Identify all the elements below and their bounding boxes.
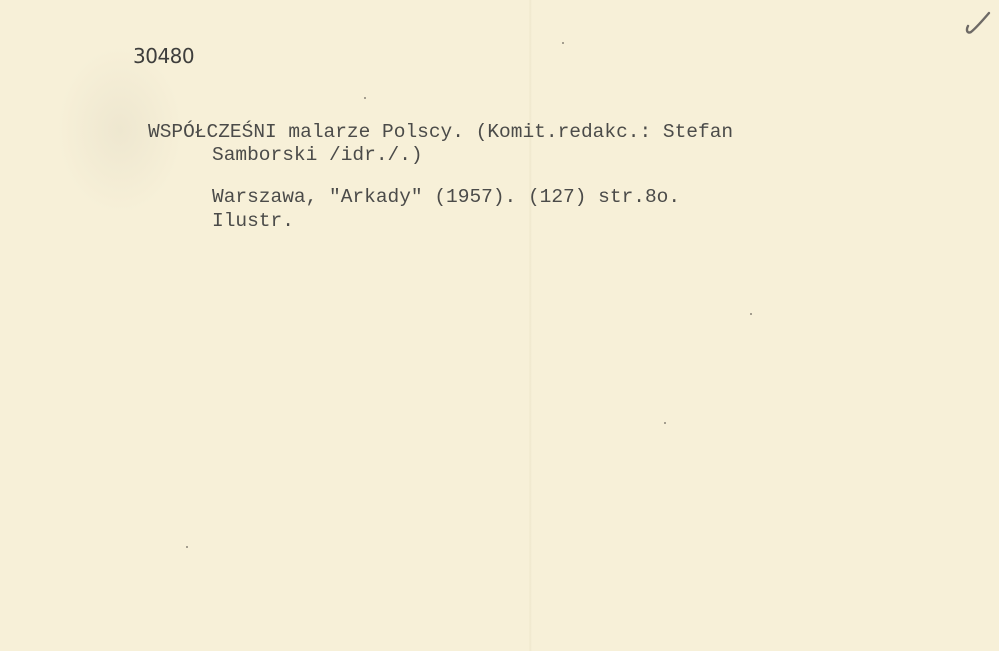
catalog-card: 30480 WSPÓŁCZEŚNI malarze Polscy. (Komit… [0,0,999,651]
paper-speck [186,546,188,548]
entry-imprint-line: Warszawa, "Arkady" (1957). (127) str.8o. [212,185,680,209]
entry-illustration-line: Ilustr. [212,209,294,233]
paper-speck [562,42,564,44]
entry-author-line: Samborski /idr./.) [212,143,423,167]
checkmark-icon [962,10,992,38]
paper-speck [364,97,366,99]
paper-speck [664,422,666,424]
entry-title-line: WSPÓŁCZEŚNI malarze Polscy. (Komit.redak… [148,120,733,144]
catalog-number: 30480 [133,44,194,68]
paper-speck [750,313,752,315]
